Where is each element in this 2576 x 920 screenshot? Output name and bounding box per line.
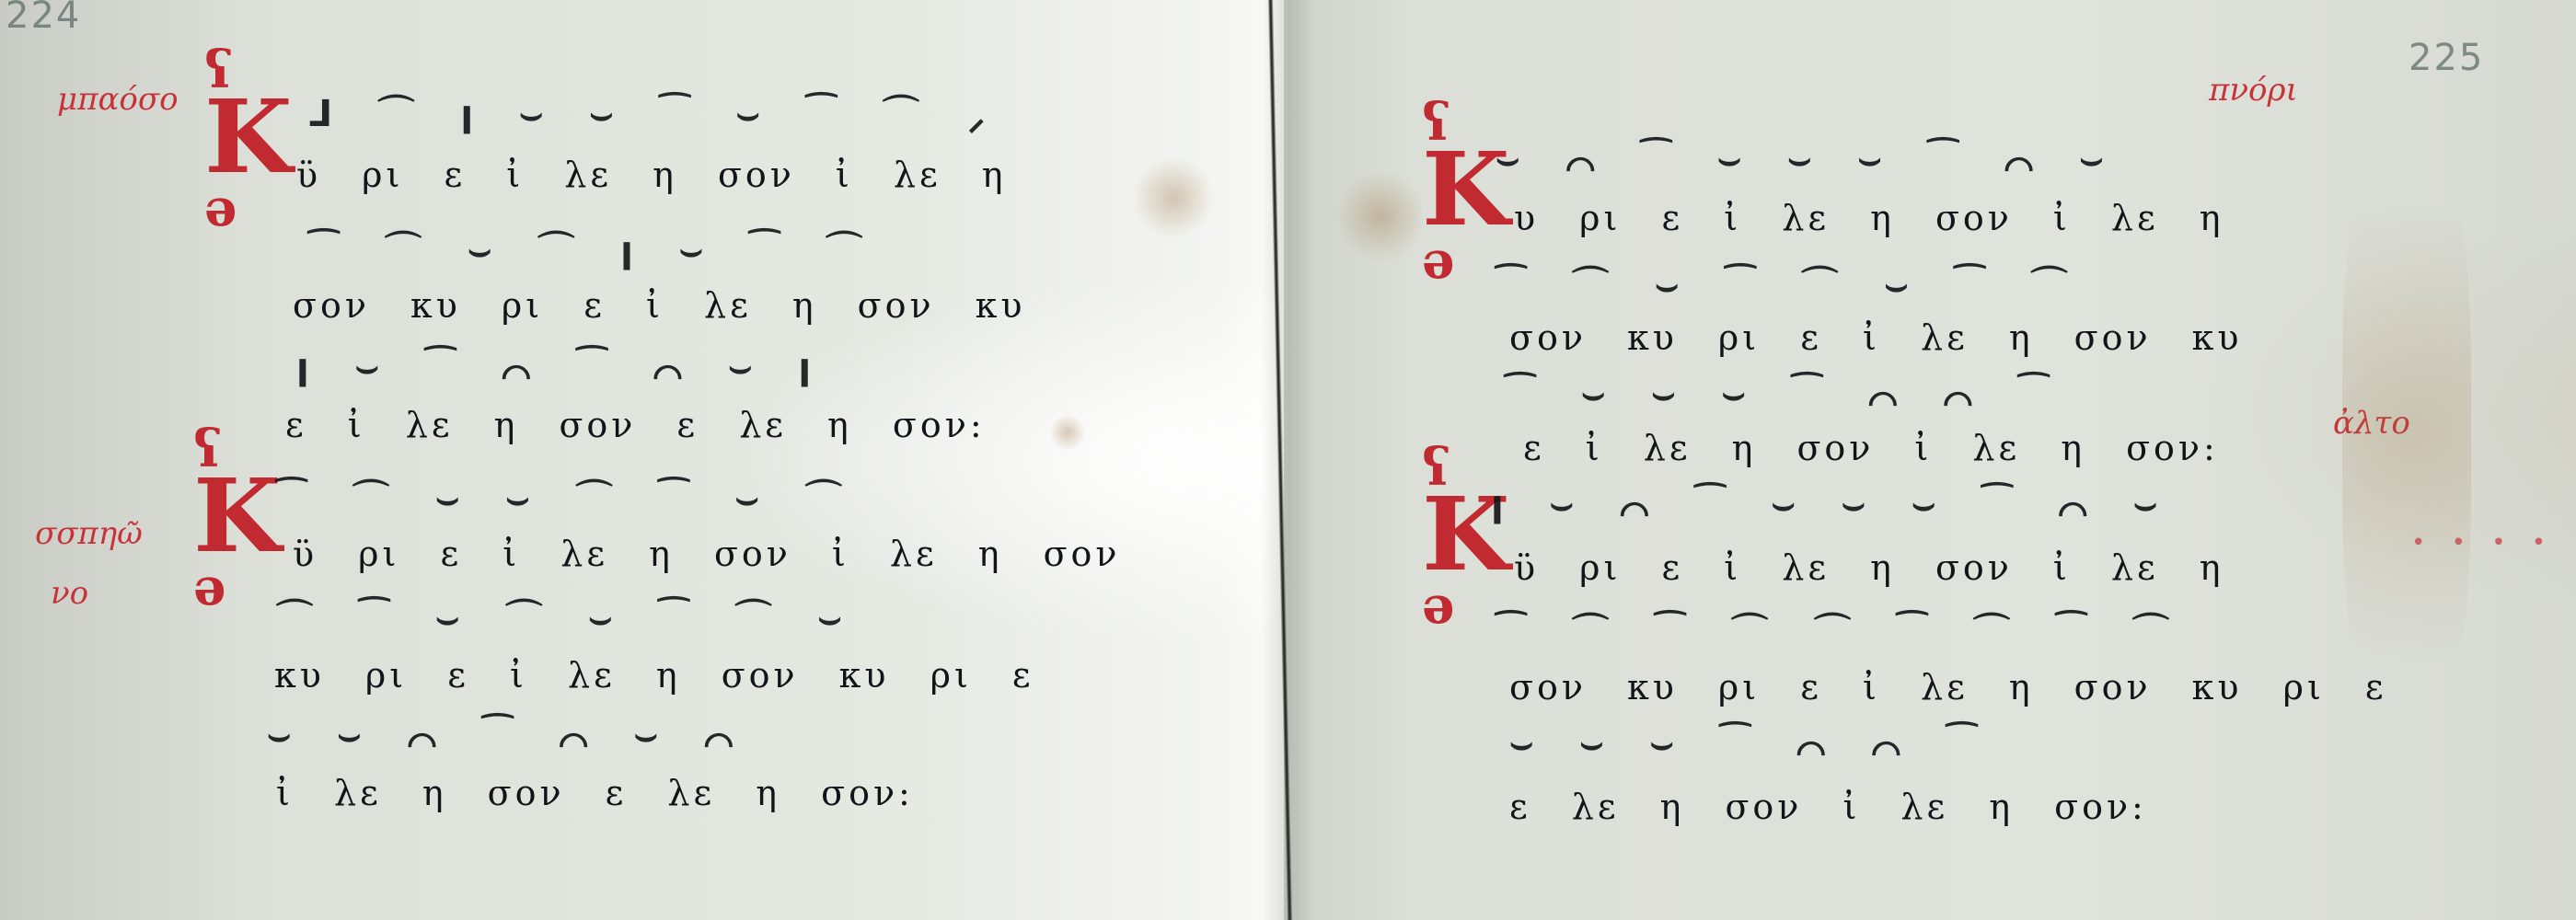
lyric-line: σον κυ ρι ε ἰ λε η σον κυ ρι ε [1509,667,2387,707]
lyric-line: ἰ λε η σον ε λε η σον: [276,773,914,813]
lyric-line: σον κυ ρι ε ἰ λε η σον κυ [293,285,1026,326]
margin-rubric-top-right: πνόρι [2209,72,2298,109]
neume-line: ⌣ ⌣ ⌣ ⁀ ⌒ ⌒ ⁀ [1509,722,1993,765]
illuminated-initial-k: ʕ K ə [193,423,276,613]
margin-rubric-mid-left: σσπηῶ [35,515,143,552]
parchment-stain [1132,156,1215,239]
right-page: 225 πνόρι ἀλτο • • • • ʕ K ə ⌣ ⌒ ⁀ ⌣ ⌣ ⌣… [1284,0,2576,920]
lyric-line: υ ρι ε ἰ λε η σον ἰ λε η [1514,198,2224,238]
parchment-stain [2342,110,2471,754]
illuminated-initial-k: ʕ K ə [1422,97,1505,286]
lyric-line: ε ἰ λε η σον ἰ λε η σον: [1523,428,2219,468]
parchment-stain [1339,166,1422,267]
parchment-stain [1049,414,1086,451]
folio-number-right: 225 [2409,37,2484,79]
neume-line: ⁀ ⌒ ⌣ ⌣ ⌒ ⁀ ⌣ ⌒ [276,469,859,522]
lyric-line: ϋ ρι ε ἰ λε η σον ἰ λε η [296,155,1007,195]
lyric-line: ϋ ρι ε ἰ λε η σον ἰ λε η σον [293,534,1121,574]
illuminated-initial-k: ʕ K ə [204,44,287,234]
neume-line: ⅃ ⌒ ꞁ ⌣ ⌣ ⁀ ⌣ ⁀ ⌒ ⸝ [308,85,1004,137]
margin-rubric-mid-left-2: νο [51,575,88,612]
neume-line: ⁀ ⌒ ⁀ ⌒ ⌒ ⁀ ⌒ ⁀ ⌒ [1496,603,2186,655]
margin-rubric-top-left: μπαόσο [57,81,179,118]
left-page: 224 μπαόσο σσπηῶ νο ʕ K ə ⅃ ⌒ ꞁ ⌣ ⌣ ⁀ ⌣ … [0,0,1284,920]
neume-line: ⁀ ⌣ ⌣ ⌣ ⁀ ⌒ ⌒ ⁀ [1505,373,2065,415]
neume-line: ⌣ ⌣ ⌒ ⁀ ⌒ ⌣ ⌒ [267,714,750,756]
neume-line: ꞁ ⌣ ⁀ ⌒ ⁀ ⌒ ⌣ ꞁ [296,346,827,388]
neume-line: ⌒ ⁀ ⌣ ⌒ ⌣ ⁀ ⌒ ⌣ [276,589,859,641]
lyric-line: ϋ ρι ε ἰ λε η σον ἰ λε η [1514,547,2224,588]
folio-number-left: 224 [6,0,81,37]
neume-line: ⌣ ⌒ ⁀ ⌣ ⌣ ⌣ ⁀ ⌒ ⌣ [1496,138,2120,180]
manuscript-spread: 224 μπαόσο σσπηῶ νο ʕ K ə ⅃ ⌒ ꞁ ⌣ ⌣ ⁀ ⌣ … [0,0,2576,920]
neume-line: ⁀ ⌒ ⌣ ⁀ ⌒ ⌣ ⁀ ⌒ [1496,256,2085,308]
neume-line: ⁀ ⌒ ⌣ ⌒ ꞁ ⌣ ⁀ ⌒ [308,221,879,273]
lyric-line: ε ἰ λε η σον ε λε η σον: [285,405,986,445]
illuminated-initial-k: ʕ K ə [1422,442,1505,631]
neume-line: ꞁ ⌣ ⌒ ⁀ ⌣ ⌣ ⌣ ⁀ ⌒ ⌣ [1491,483,2174,525]
lyric-line: ε λε η σον ἰ λε η σον: [1509,787,2147,827]
lyric-line: κυ ρι ε ἰ λε η σον κυ ρι ε [274,655,1034,696]
lyric-line: σον κυ ρι ε ἰ λε η σον κυ [1509,317,2243,358]
